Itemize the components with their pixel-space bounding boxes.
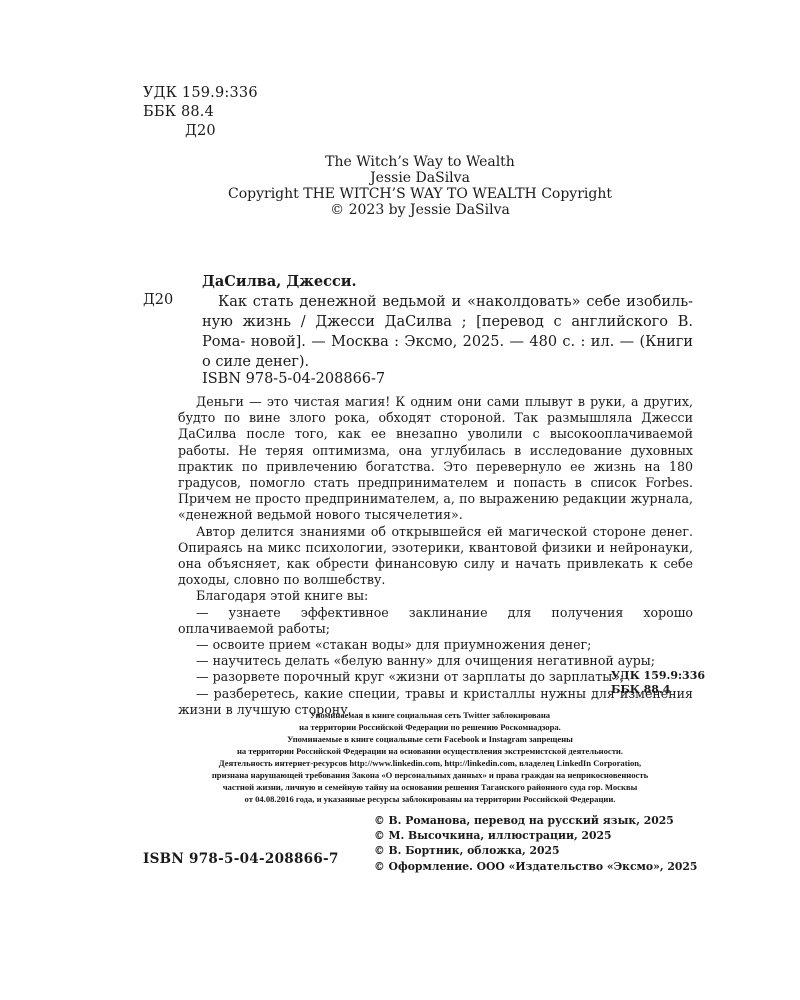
legal-notice-line: от 04.08.2016 года, и указанные ресурсы … [160, 793, 700, 805]
annotation-codes: УДК 159.9:336 ББК 88.4 [611, 669, 705, 697]
author-mark: Д20 [143, 122, 258, 141]
original-edition-info: The Witch’s Way to Wealth Jessie DaSilva… [200, 154, 640, 218]
legal-notice: Упоминаемая в книге социальная сеть Twit… [160, 709, 700, 805]
author-heading: ДаСилва, Джесси. [202, 273, 357, 290]
original-title: The Witch’s Way to Wealth [200, 154, 640, 170]
copyright-line: © Оформление. ООО «Издательство «Эксмо»,… [374, 859, 697, 874]
udk-code: УДК 159.9:336 [143, 84, 258, 103]
copyright-line: © В. Романова, перевод на русский язык, … [374, 813, 697, 828]
legal-notice-line: на территории Российской Федерации на ос… [160, 745, 700, 757]
annotation-bullet: — научитесь делать «белую ванну» для очи… [178, 653, 693, 669]
annotation-paragraph: Автор делится знаниями об открывшейся ей… [178, 524, 693, 589]
legal-notice-line: признана нарушающей требования Закона «О… [160, 769, 700, 781]
biblio-line: денег). [256, 354, 310, 370]
legal-notice-line: частной жизни, личную и семейную тайну н… [160, 781, 700, 793]
original-author: Jessie DaSilva [200, 170, 640, 186]
copyright-list: © В. Романова, перевод на русский язык, … [374, 813, 697, 874]
annotation-paragraph: Благодаря этой книге вы: [178, 588, 693, 604]
isbn-footer: ISBN 978-5-04-208866-7 [143, 851, 339, 867]
annotation-udk: УДК 159.9:336 [611, 669, 705, 683]
legal-notice-line: Упоминаемые в книге социальные сети Face… [160, 733, 700, 745]
record-author-mark: Д20 [143, 292, 173, 308]
annotation-bullet: — освоите прием «стакан воды» для приумн… [178, 637, 693, 653]
legal-notice-line: Деятельность интернет-ресурсов http://ww… [160, 757, 700, 769]
bbk-code: ББК 88.4 [143, 103, 258, 122]
original-copyright-line: Copyright THE WITCH’S WAY TO WEALTH Copy… [200, 186, 640, 202]
copyright-line: © В. Бортник, обложка, 2025 [374, 843, 697, 858]
annotation-paragraph: Деньги — это чистая магия! К одним они с… [178, 394, 693, 524]
legal-notice-line: на территории Российской Федерации по ре… [160, 721, 700, 733]
annotation-bullet: — узнаете эффективное заклинание для пол… [178, 605, 693, 637]
legal-notice-line: Упоминаемая в книге социальная сеть Twit… [160, 709, 700, 721]
biblio-line: Как стать денежной ведьмой и «наколдоват… [218, 294, 693, 310]
classification-codes: УДК 159.9:336 ББК 88.4 Д20 [143, 84, 258, 141]
original-copyright-year: © 2023 by Jessie DaSilva [200, 202, 640, 218]
copyright-line: © М. Высочкина, иллюстрации, 2025 [374, 828, 697, 843]
isbn-record: ISBN 978-5-04-208866-7 [202, 371, 385, 387]
annotation-bbk: ББК 88.4 [611, 683, 705, 697]
bibliographic-description: Как стать денежной ведьмой и «наколдоват… [202, 292, 693, 372]
